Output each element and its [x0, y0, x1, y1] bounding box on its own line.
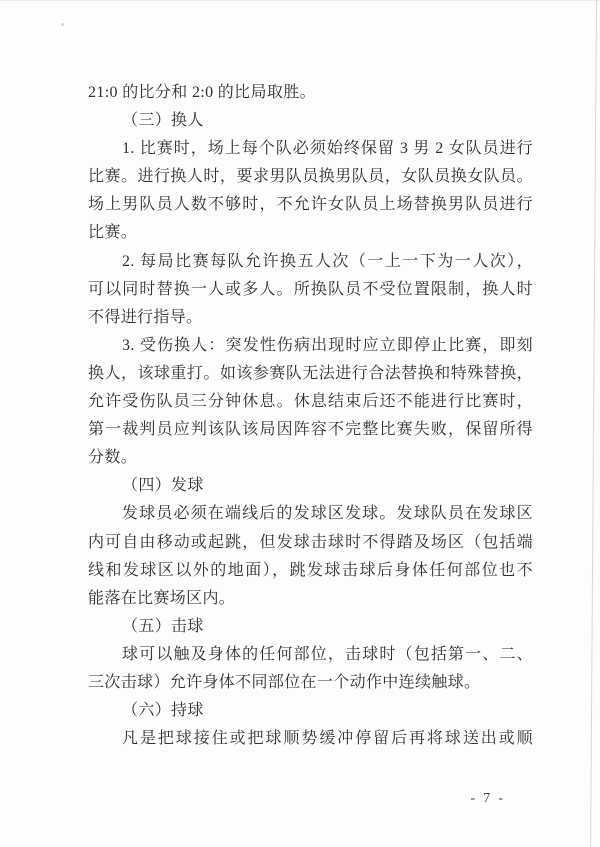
- body-text-line: 发球员必须在端线后的发球区发球。发球队员在发球区: [88, 500, 533, 528]
- scan-speck-artifact: [61, 23, 64, 26]
- document-body: 21:0 的比分和 2:0 的比局取胜。（三）换人1. 比赛时，场上每个队必须始…: [88, 79, 533, 753]
- section-heading-line: （六）持球: [88, 697, 533, 725]
- body-text-line: 2. 每局比赛每队允许换五人次（一上一下为一人次），: [88, 248, 533, 276]
- body-text-line: 1. 比赛时，场上每个队必须始终保留 3 男 2 女队员进行: [88, 135, 533, 163]
- body-text-line: 21:0 的比分和 2:0 的比局取胜。: [88, 79, 533, 107]
- scan-artifact-line: [590, 0, 597, 847]
- body-text-line: 三次击球）允许身体不同部位在一个动作中连续触球。: [88, 669, 533, 697]
- section-heading-line: （四）发球: [88, 472, 533, 500]
- body-text-line: 不得进行指导。: [88, 304, 533, 332]
- body-text-line: 3. 受伤换人：突发性伤病出现时应立即停止比赛，即刻: [88, 332, 533, 360]
- body-text-line: 允许受伤队员三分钟休息。休息结束后还不能进行比赛时，: [88, 388, 533, 416]
- section-heading-line: （三）换人: [88, 107, 533, 135]
- body-text-line: 能落在比赛场区内。: [88, 585, 533, 613]
- body-text-line: 球可以触及身体的任何部位，击球时（包括第一、二、: [88, 641, 533, 669]
- body-text-line: 场上男队员人数不够时，不允许女队员上场替换男队员进行: [88, 191, 533, 219]
- body-text-line: 凡是把球接住或把球顺势缓冲停留后再将球送出或顺: [88, 725, 533, 753]
- body-text-line: 比赛。: [88, 219, 533, 247]
- body-text-line: 比赛。进行换人时，要求男队员换男队员，女队员换女队员。: [88, 163, 533, 191]
- body-text-line: 分数。: [88, 444, 533, 472]
- scan-top-edge-artifact: [0, 0, 600, 1]
- body-text-line: 内可自由移动或起跳，但发球击球时不得踏及场区（包括端: [88, 529, 533, 557]
- body-text-line: 第一裁判员应判该队该局因阵容不完整比赛失败，保留所得: [88, 416, 533, 444]
- section-heading-line: （五）击球: [88, 613, 533, 641]
- body-text-line: 换人，该球重打。如该参赛队无法进行合法替换和特殊替换，: [88, 360, 533, 388]
- scanned-document-page: 21:0 的比分和 2:0 的比局取胜。（三）换人1. 比赛时，场上每个队必须始…: [0, 0, 600, 847]
- body-text-line: 线和发球区以外的地面），跳发球击球后身体任何部位也不: [88, 557, 533, 585]
- body-text-line: 可以同时替换一人或多人。所换队员不受位置限制，换人时: [88, 276, 533, 304]
- page-number: - 7 -: [460, 788, 516, 808]
